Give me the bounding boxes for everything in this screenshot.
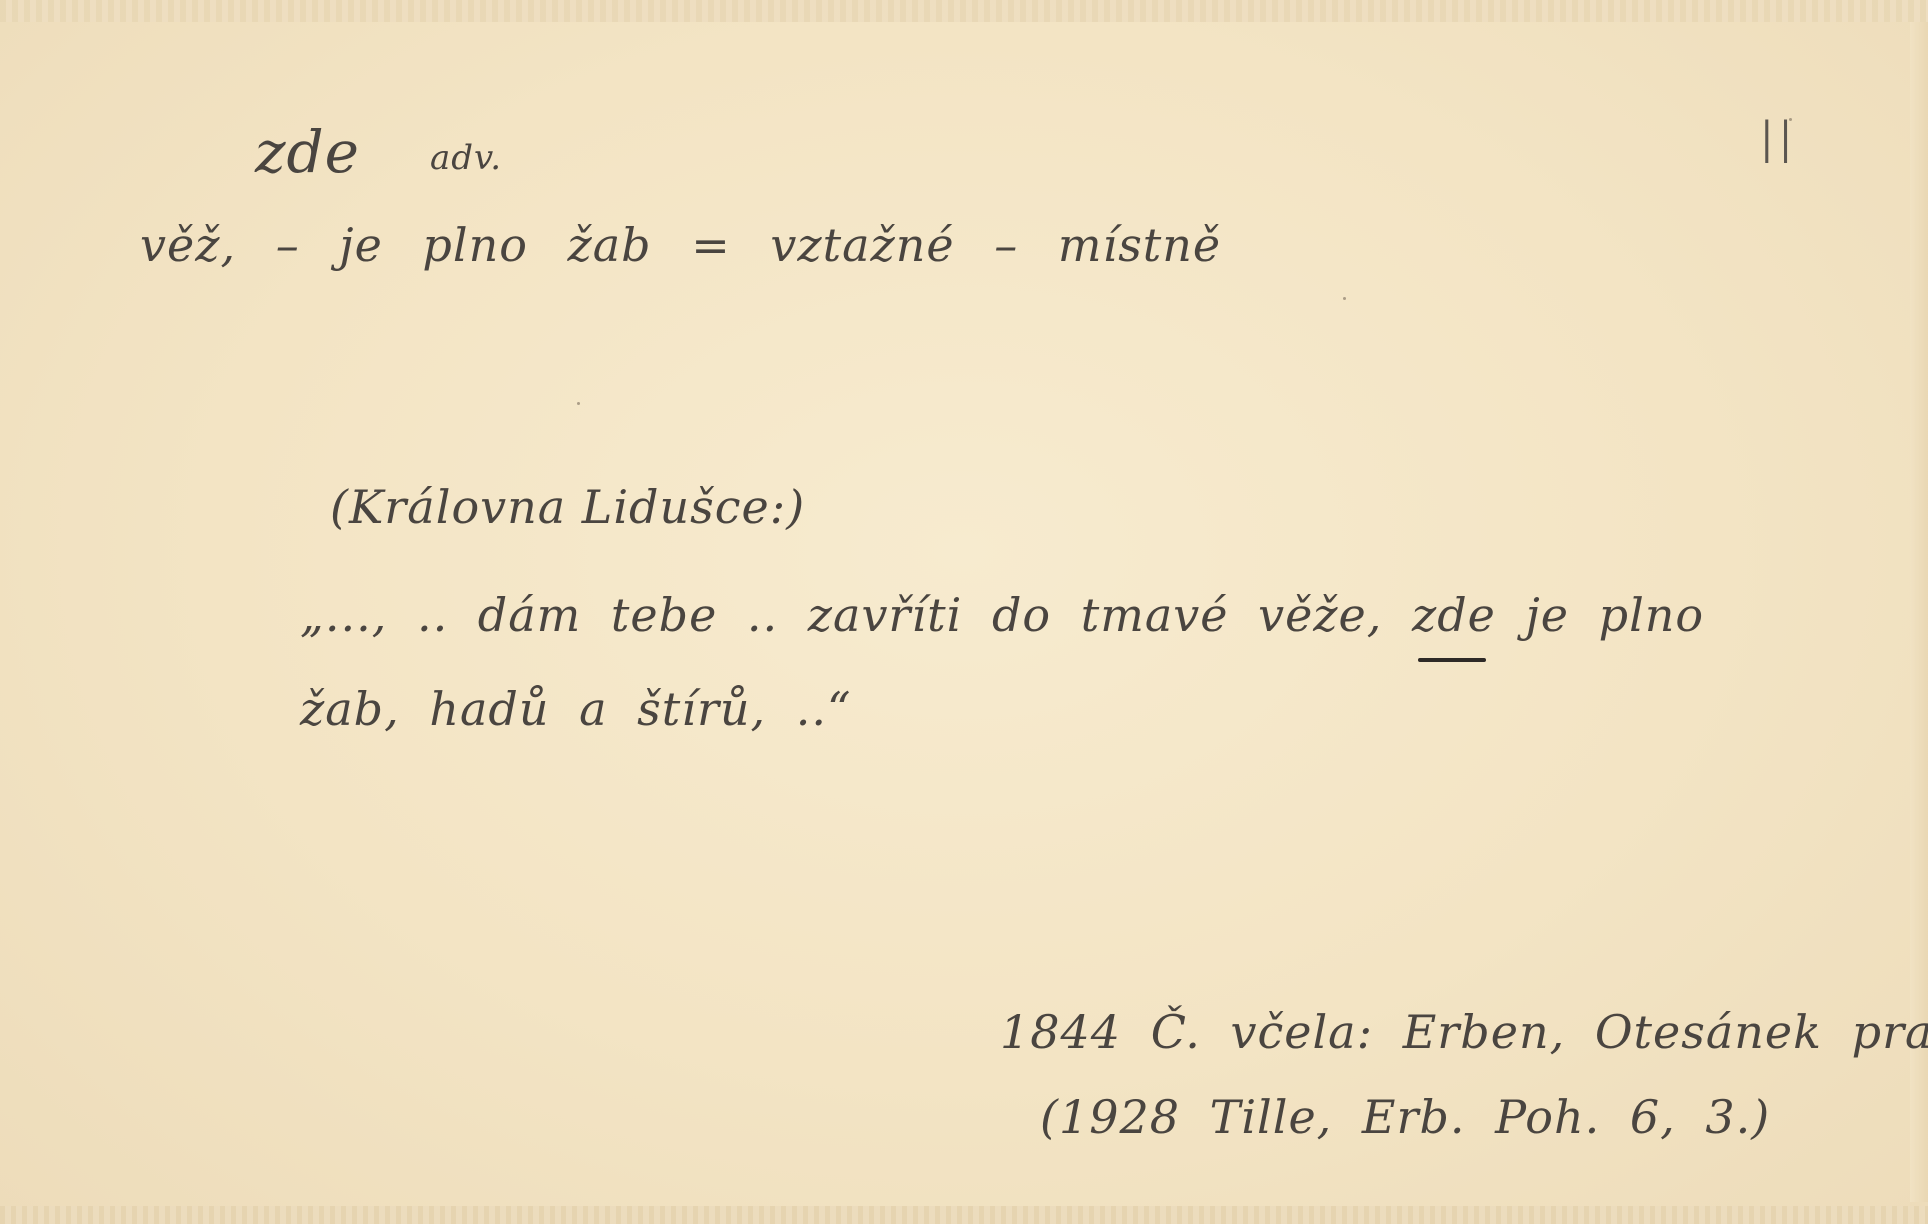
- headword: zde: [255, 118, 360, 186]
- citation-line-1: 1844 Č. včela: Erben, Otesánek pravl.: [1000, 1005, 1928, 1059]
- quote-text-before: „..., .. dám tebe .. zavříti do tmavé vě…: [300, 588, 1382, 642]
- gloss-line: věž, – je plno žab = vztažné – místně: [140, 218, 1221, 272]
- quote-text-after: je plno: [1526, 588, 1705, 642]
- quote-line-2: žab, hadů a štírů, ..“: [300, 682, 852, 736]
- paper-speck: [1343, 297, 1346, 300]
- part-of-speech: adv.: [430, 138, 502, 178]
- source-intro: (Královna Lidušce:): [330, 480, 805, 534]
- citation-line-2: (1928 Tille, Erb. Poh. 6, 3.): [1040, 1090, 1770, 1144]
- card-bottom-edge: [0, 1206, 1928, 1224]
- highlighted-headword: zde: [1412, 588, 1496, 642]
- lexicographic-card: zde adv. II věž, – je plno žab = vztažné…: [0, 0, 1928, 1224]
- quote-line-1: „..., .. dám tebe .. zavříti do tmavé vě…: [300, 588, 1704, 642]
- paper-speck: [577, 402, 580, 405]
- card-top-edge: [0, 0, 1928, 22]
- paper-speck: [1789, 118, 1792, 121]
